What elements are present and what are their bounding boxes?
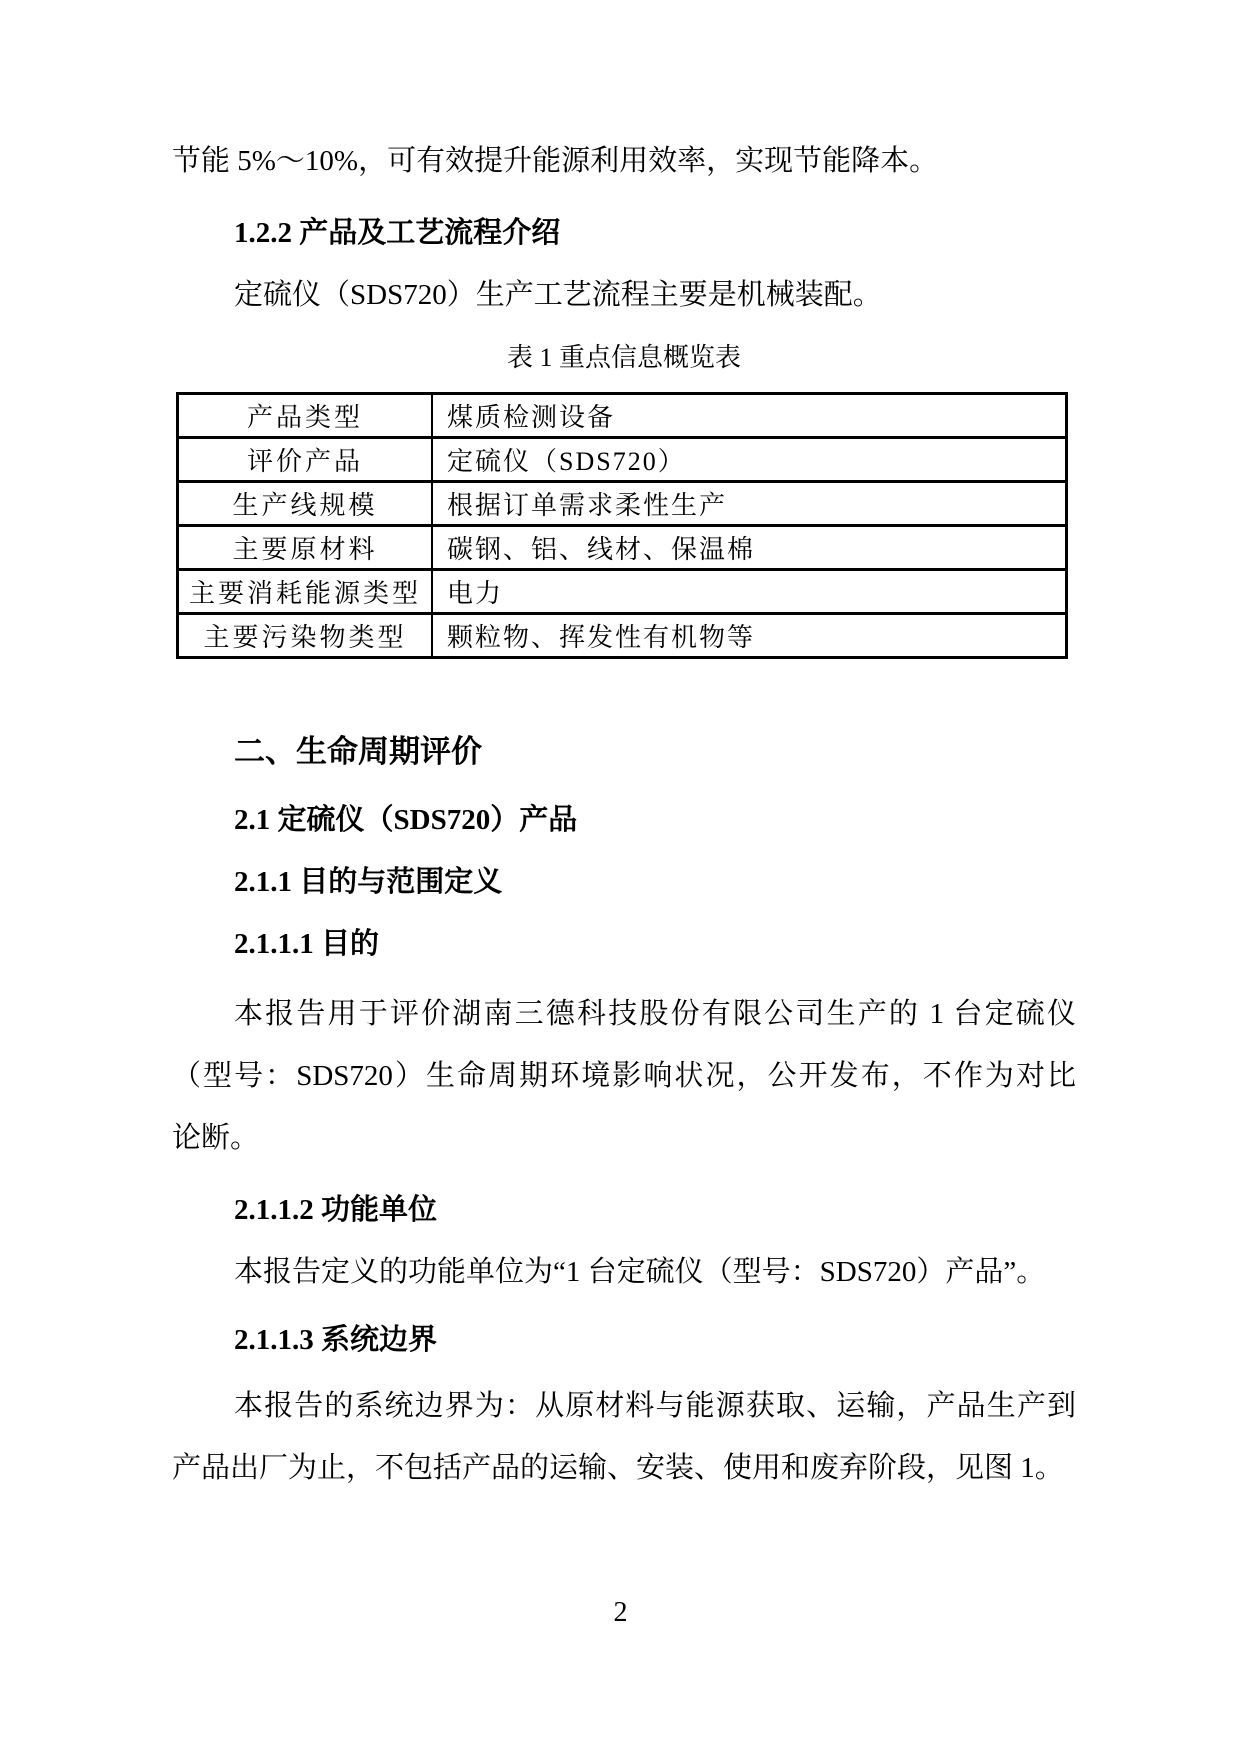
table-row: 主要污染物类型 颗粒物、挥发性有机物等 [178, 614, 1067, 658]
table-cell-label: 产品类型 [178, 394, 433, 438]
table-cell-value: 碳钢、铝、线材、保温棉 [432, 526, 1067, 570]
table-cell-label: 评价产品 [178, 438, 433, 482]
table-cell-label: 生产线规模 [178, 482, 433, 526]
paragraph-goal-line-3: 论断。 [172, 1107, 1076, 1169]
heading-2-1-1-1-goal: 2.1.1.1 目的 [172, 913, 1076, 975]
table-cell-label: 主要污染物类型 [178, 614, 433, 658]
heading-2-1-1-3-system-boundary: 2.1.1.3 系统边界 [172, 1309, 1076, 1371]
paragraph-functional-unit: 本报告定义的功能单位为“1 台定硫仪（型号：SDS720）产品”。 [172, 1241, 1076, 1303]
paragraph-goal-line-2: （型号：SDS720）生命周期环境影响状况，公开发布，不作为对比 [172, 1045, 1076, 1107]
table-row: 生产线规模 根据订单需求柔性生产 [178, 482, 1067, 526]
paragraph-process-description: 定硫仪（SDS720）生产工艺流程主要是机械装配。 [172, 264, 1076, 326]
document-page: 节能 5%～10%，可有效提升能源利用效率，实现节能降本。 1.2.2 产品及工… [0, 0, 1241, 1754]
heading-2-1-product: 2.1 定硫仪（SDS720）产品 [172, 789, 1076, 851]
paragraph-goal-line-1: 本报告用于评价湖南三德科技股份有限公司生产的 1 台定硫仪 [172, 983, 1076, 1045]
page-number: 2 [0, 1596, 1241, 1630]
paragraph-system-boundary-line-1: 本报告的系统边界为：从原材料与能源获取、运输，产品生产到 [172, 1375, 1076, 1437]
table-caption: 表 1 重点信息概览表 [172, 336, 1076, 380]
table-row: 主要消耗能源类型 电力 [178, 570, 1067, 614]
heading-2-1-1-2-functional-unit: 2.1.1.2 功能单位 [172, 1179, 1076, 1241]
heading-1-2-2-product-process-intro: 1.2.2 产品及工艺流程介绍 [172, 202, 1076, 264]
heading-2-life-cycle-assessment: 二、生命周期评价 [172, 721, 1076, 783]
key-info-table: 产品类型 煤质检测设备 评价产品 定硫仪（SDS720） 生产线规模 根据订单需… [176, 392, 1068, 659]
table-row: 主要原材料 碳钢、铝、线材、保温棉 [178, 526, 1067, 570]
heading-2-1-1-goal-scope: 2.1.1 目的与范围定义 [172, 851, 1076, 913]
vertical-spacer [172, 659, 1076, 721]
page-content: 节能 5%～10%，可有效提升能源利用效率，实现节能降本。 1.2.2 产品及工… [0, 0, 1241, 1499]
paragraph-system-boundary-line-2: 产品出厂为止，不包括产品的运输、安装、使用和废弃阶段，见图 1。 [172, 1437, 1076, 1499]
table-cell-value: 煤质检测设备 [432, 394, 1067, 438]
table-cell-label: 主要消耗能源类型 [178, 570, 433, 614]
table-cell-value: 定硫仪（SDS720） [432, 438, 1067, 482]
paragraph-continued-energy-saving: 节能 5%～10%，可有效提升能源利用效率，实现节能降本。 [172, 130, 1076, 192]
table-cell-value: 颗粒物、挥发性有机物等 [432, 614, 1067, 658]
table-cell-label: 主要原材料 [178, 526, 433, 570]
table-cell-value: 根据订单需求柔性生产 [432, 482, 1067, 526]
table-cell-value: 电力 [432, 570, 1067, 614]
table-row: 产品类型 煤质检测设备 [178, 394, 1067, 438]
table-row: 评价产品 定硫仪（SDS720） [178, 438, 1067, 482]
